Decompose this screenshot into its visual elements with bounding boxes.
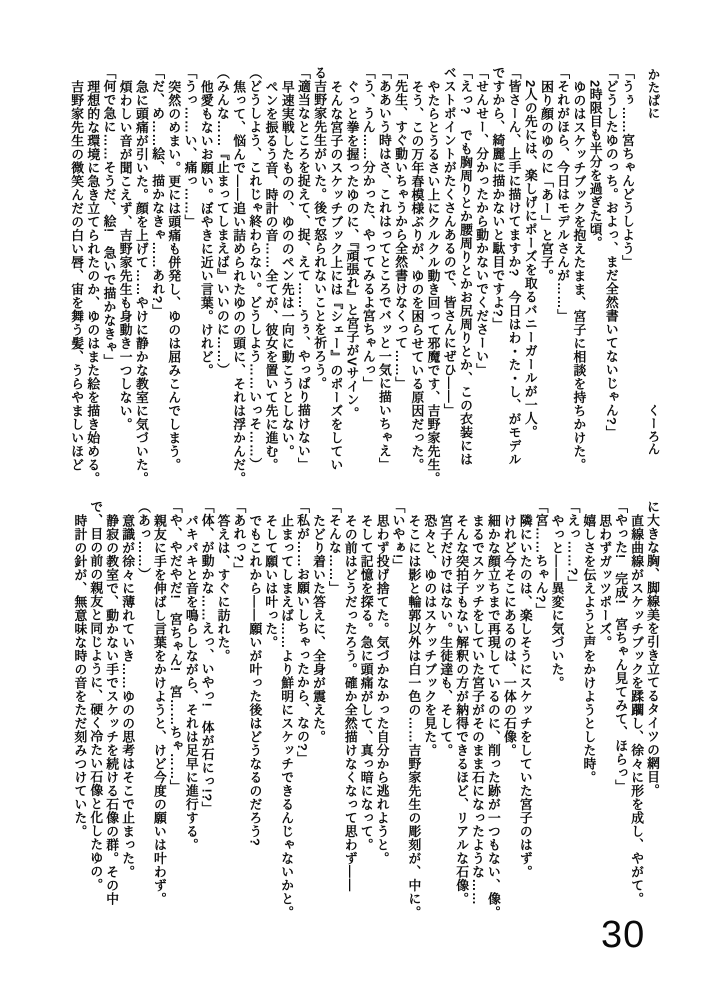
text-line: 早速実戦したものの、ゆののペン先は一向に動こうとしない。	[279, 66, 295, 491]
text-line: で、目の前の親友と同じように、硬く冷たい石像と化したゆの。	[87, 500, 103, 925]
text-line: 「うぅ……宮ちゃんどうしよう」	[619, 66, 635, 491]
text-line: 「う、うん……分かった、やってみるよ宮ちゃんっ」	[360, 66, 376, 491]
text-line: る吉野家先生がいた。後で怒られないことを祈ろう。	[311, 66, 327, 491]
text-line: ですから、綺麗に描かないと駄目ですよ?」	[489, 66, 505, 491]
text-line: 答えは、すぐに訪れた。	[215, 500, 231, 925]
text-line: そんな宮子のスケッチブック上には『シェー』のポーズをしてい	[327, 66, 343, 491]
text-line: やっと——異変に気づいた。	[549, 500, 565, 925]
text-line: 焦って、悩んで——追い詰められたゆのの頭に、それは浮かんだ。	[230, 66, 246, 491]
story-heading: かたぱに くーろん	[643, 68, 661, 468]
text-line: そんな突拍子もない解釈の方が納得できるほど、リアルな石像。	[453, 500, 469, 925]
text-line: 「そんな……」	[326, 500, 342, 925]
text-line: 「それがほら、今日はモデルさんが……」	[554, 66, 570, 491]
text-line: ゆのはスケッチブックを抱えたまま、宮子に相談を持ちかけた。	[570, 66, 586, 491]
text-line: 「えっ……?」	[565, 500, 581, 925]
text-line: 2人の先には、楽しげにポーズを取るバニーガールが一人。	[522, 66, 538, 491]
text-line: 理想的な環境に急き立てられたのか、ゆのはまた絵を描き始める。	[84, 66, 100, 491]
text-line: たどり着いた答えに、全身が震えた。	[310, 500, 326, 925]
text-line: 煩わしい音が聞こえず、吉野家先生も身動き一つしない。	[117, 66, 133, 491]
text-line: （どうしよう、これじゃ終わらない。どうしよう……いっそ……）	[246, 66, 262, 491]
text-line: 吉野家先生の微笑んだの白い唇、宙を舞う髪、うらやましいほど	[68, 66, 84, 491]
text-block-top: 「うぅ……宮ちゃんどうしよう」「どうしたゆのっち。およっ、まだ全然書いてないじゃ…	[68, 66, 635, 491]
text-line: 静寂の教室で、動かない手でスケッチを続ける石像の群。その中	[103, 500, 119, 925]
text-line: 思わず投げ捨てた。気づかなかった自分から逃れようと。	[374, 500, 390, 925]
text-line: 「せんせー、分かったから動かないでくださーい」	[473, 66, 489, 491]
text-line: パキパキと音を鳴らしながら、それは足早に進行する。	[183, 500, 199, 925]
story-title: かたぱに	[646, 68, 660, 120]
text-line: 「体、が動かな……えっ、いやっ! 体が石にっ!?」	[199, 500, 215, 925]
text-line: 「宮……ちゃん?」	[533, 500, 549, 925]
text-line: そう、この万年春模様ぶりが、ゆのを困らせている原因だった。	[408, 66, 424, 491]
scanned-novel-page: かたぱに くーろん 「うぅ……宮ちゃんどうしよう」「どうしたゆのっち。およっ、ま…	[0, 0, 715, 1000]
text-line: 時計の針が、無意味な時の音をただ刻みつけていた。	[71, 500, 87, 925]
story-author: くーろん	[646, 404, 660, 456]
text-line: でもこれから——願いが叶った後はどうなるのだろう?	[246, 500, 262, 925]
text-line: 「適当なところを捉えて、捉、えて……うぅ、やっぱり描けない」	[295, 66, 311, 491]
text-line: 2時限目も半分を過ぎた頃。	[586, 66, 602, 491]
text-line: 「ああいう時はさ、これはってところでバッと一気に描いちゃえ」	[376, 66, 392, 491]
text-line: に大きな胸、脚線美を引き立てるタイツの網目。	[644, 500, 660, 925]
text-line: 細かな顔立ちまで再現しているのに、削った跡が一つもない、像。	[485, 500, 501, 925]
text-line: （みんな……『止まってしまえば』いいのに……）	[214, 66, 230, 491]
text-line: 「うっ……い、痛っ……」	[181, 66, 197, 491]
text-line: そして記憶を探る。急に頭痛がして、真っ暗になって。	[358, 500, 374, 925]
text-line: 恐々と、ゆのはスケッチブックを見た。	[421, 500, 437, 925]
text-line: 止まってしまえば……より鮮明にスケッチできるんじゃないかと。	[278, 500, 294, 925]
text-line: 「だ、め……絵、描かなきゃ……あれ?」	[149, 66, 165, 491]
text-line: そこには影と輪郭以外は白一色の……吉野家先生の彫刻が、中に。	[406, 500, 422, 925]
text-line: 嬉しさを伝えようと声をかけようとした時。	[580, 500, 596, 925]
text-line: 「あれっ?」	[231, 500, 247, 925]
text-line: 「先生、すぐ動いちゃうから全然書けなくって……」	[392, 66, 408, 491]
text-line: ペンを振るう音、時計の音……全てが、彼女を置いて先に進む。	[262, 66, 278, 491]
text-line: 困り顔のゆのに「あー」と宮子。	[538, 66, 554, 491]
text-line: 「やった! 完成! 宮ちゃん見てみて、ほらっ」	[612, 500, 628, 925]
text-line: 「えっ? でも胸周りとか腰周りとかお尻周りとか、この衣装には	[457, 66, 473, 491]
text-line: 「皆さーん、上手に描けてますか? 今日はわ・た・し、がモデル	[505, 66, 521, 491]
text-block-bottom: に大きな胸、脚線美を引き立てるタイツの網目。直線曲線がスケッチブックを蹂躙し、徐…	[70, 500, 660, 925]
text-line: 急に頭痛が引いた。顔を上げて……やけに静かな教室に気づいた。	[133, 66, 149, 491]
text-line: 直線曲線がスケッチブックを蹂躙し、徐々に形を成し、やがて。	[628, 500, 644, 925]
text-line: 意識が徐々に薄れていき……ゆのの思考はそこで止まった。	[119, 500, 135, 925]
text-line: ベストポイントがたくさんあるので、皆さんにぜひ——」	[441, 66, 457, 491]
text-line: そして願いは叶った。	[262, 500, 278, 925]
text-line: 「いやぁ!」	[390, 500, 406, 925]
text-line: （あっ……）	[135, 500, 151, 925]
text-line: 「どうしたゆのっち。およっ、まだ全然書いてないじゃん?」	[603, 66, 619, 491]
text-line: 突然のめまい。更には頭痛も併発し、ゆのは屈みこんでしまう。	[165, 66, 181, 491]
text-line: 隣にいたのは、楽しそうにスケッチをしていた宮子のはず。	[517, 500, 533, 925]
text-line: 宮子だけではない。生徒達も、そして。	[437, 500, 453, 925]
text-line: 他愛もないお願い。ぼやきに近い言葉。けれど。	[198, 66, 214, 491]
text-line: やたらとうるさい上にクルクル動き回って邪魔です、吉野家先生。	[424, 66, 440, 491]
text-line: 「や、やだやだ! 宮ちゃん! 宮……ちゃ……」	[167, 500, 183, 925]
text-line: まるでスケッチをしていた宮子がそのまま石になったような……	[469, 500, 485, 925]
text-line: ぐっと拳を握ったゆのに、『頑張れ』と宮子がVサイン。	[343, 66, 359, 491]
text-line: 「私が……お願いしちゃったから、なの?」	[294, 500, 310, 925]
text-line: けれど今そこにあるのは、一体の石像。	[501, 500, 517, 925]
text-line: 親友に手を伸ばし言葉をかけようと、けど今度の願いは叶わず。	[151, 500, 167, 925]
text-line: その前はどうだったろう。確か全然描けなくなって思わず——	[342, 500, 358, 925]
text-line: 「何で急に……そうだ、絵! 急いで描かなきゃ」	[100, 66, 116, 491]
text-line: 思わずガッツポーズ。	[596, 500, 612, 925]
page-number: 30	[601, 914, 645, 957]
